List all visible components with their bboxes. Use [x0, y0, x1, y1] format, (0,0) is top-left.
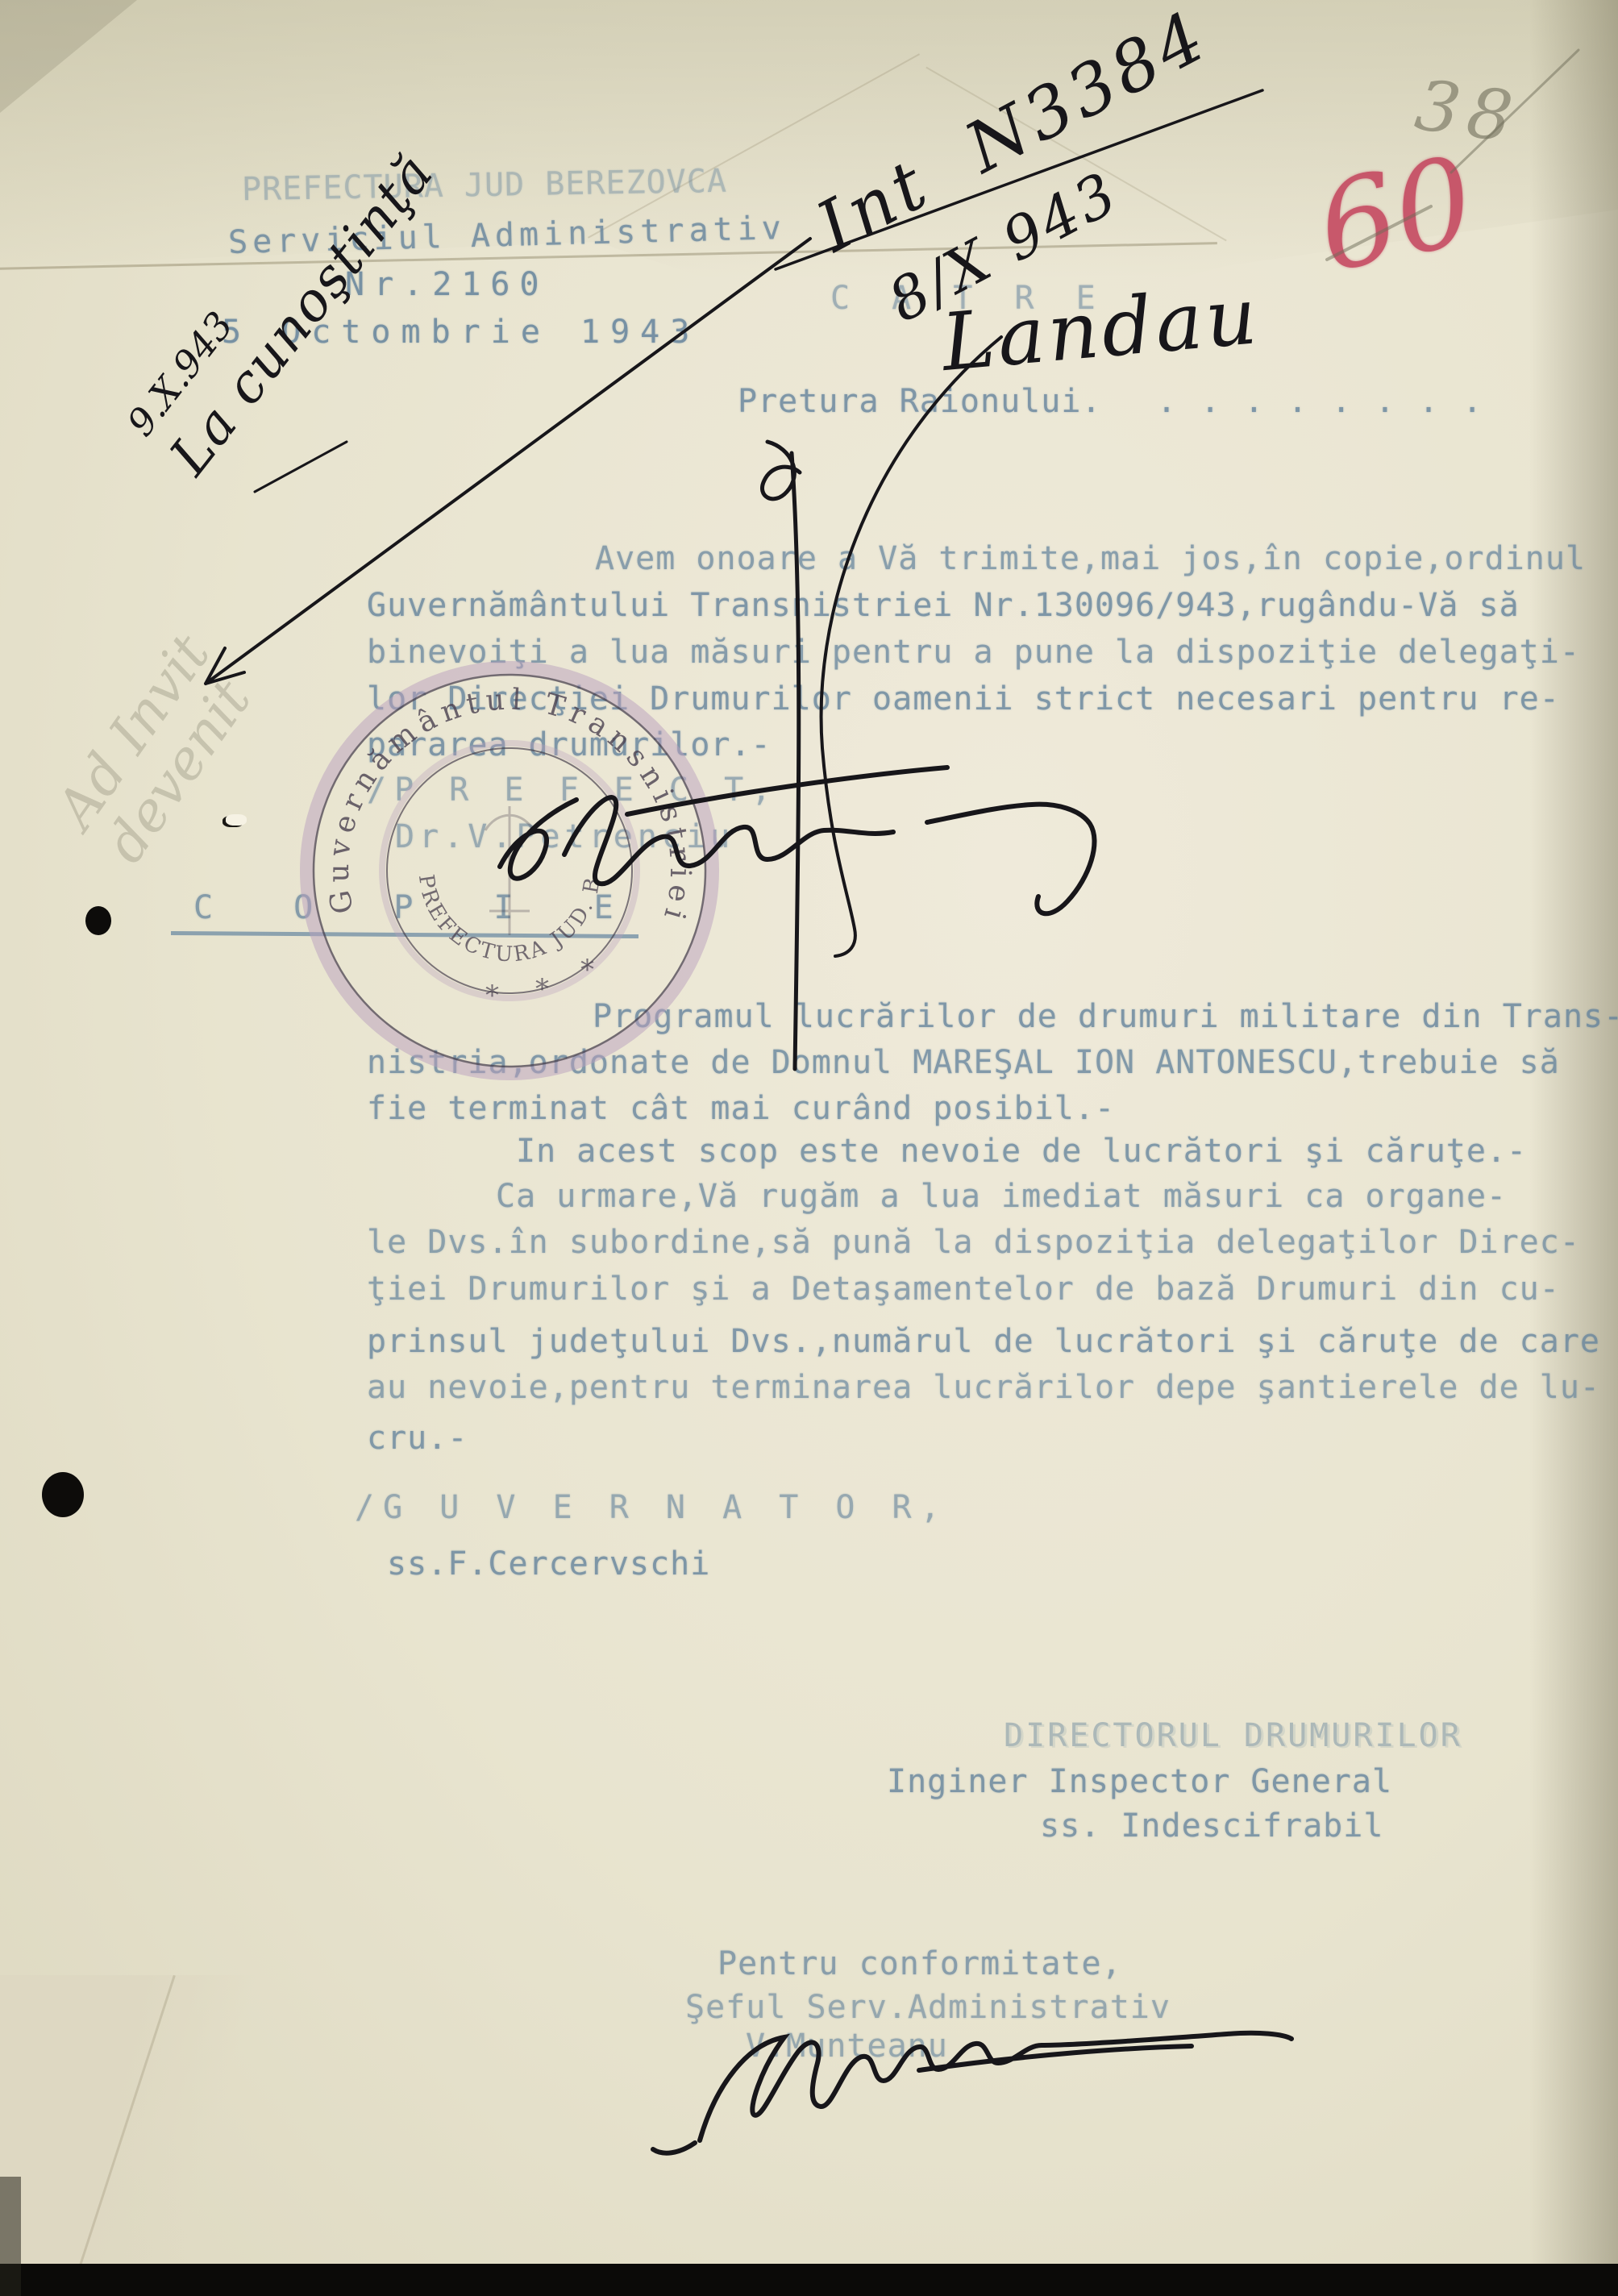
margin-note-paraph — [762, 442, 800, 1069]
margin-note-overline — [255, 442, 347, 492]
margin-note-arrow — [206, 239, 810, 684]
pencil-slash-line — [1327, 206, 1431, 260]
punch-hole — [42, 1472, 84, 1517]
ink-annotations — [0, 0, 1618, 2296]
punch-hole — [85, 906, 111, 935]
scan-left-edge — [0, 2177, 21, 2296]
admin-chief-signature — [653, 2033, 1291, 2153]
scan-bottom-edge — [0, 2264, 1618, 2296]
registry-slash-line — [776, 90, 1262, 269]
scanned-letter-page: PREFECTURA JUD BEREZOVCA Serviciul Admin… — [0, 0, 1618, 2296]
paper-chip — [226, 814, 247, 826]
pencil-slash-line — [1451, 50, 1578, 173]
ink-curve-line — [821, 337, 1001, 956]
